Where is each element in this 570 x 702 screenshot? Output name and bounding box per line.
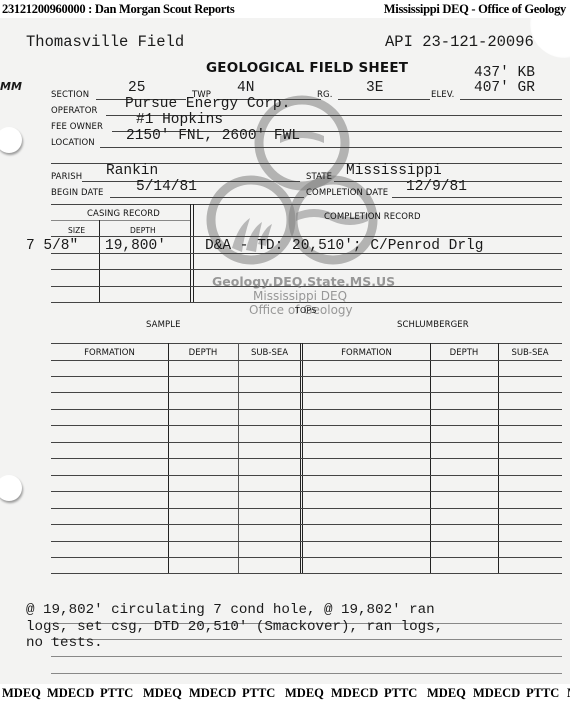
- sheet-title: GEOLOGICAL FIELD SHEET: [206, 60, 408, 76]
- remarks-line: [51, 656, 562, 657]
- tops-row-line: [51, 557, 562, 558]
- banner-item: PTTC: [100, 684, 133, 702]
- completion-date-underline: [392, 197, 562, 198]
- fee-owner-label: FEE OWNER: [51, 122, 103, 132]
- tops-title: TOPS: [295, 306, 317, 315]
- api-number: API 23-121-20096: [385, 33, 534, 51]
- banner-item: PTTC: [242, 684, 275, 702]
- banner-item: MDECD: [331, 684, 378, 702]
- state-label: STATE: [306, 172, 332, 182]
- banner-item: PTTC: [384, 684, 417, 702]
- completion-date-label: COMPLETION DATE: [306, 188, 388, 198]
- agency-title: Mississippi DEQ - Office of Geology: [384, 0, 566, 18]
- banner-item: MDEQ: [427, 684, 466, 702]
- banner-item: MDECD: [47, 684, 94, 702]
- section-value: 25: [128, 80, 145, 96]
- col-header-schlumberger-formation: FORMATION: [303, 348, 430, 358]
- tops-table-bottom: [51, 573, 562, 574]
- record-row-line: [51, 236, 562, 237]
- parish-value: Rankin: [106, 163, 158, 179]
- casing-depth-label: DEPTH: [130, 226, 156, 235]
- sample-label: SAMPLE: [146, 320, 181, 330]
- tops-header-top: [51, 343, 562, 344]
- watermark-agency: Mississippi DEQ: [253, 289, 347, 303]
- remarks-line-2: logs, set csg, DTD 20,510' (Smackover), …: [26, 619, 443, 636]
- banner-item: MDEQ: [2, 684, 41, 702]
- twp-value: 4N: [237, 80, 254, 96]
- col-header-schlumberger-depth: DEPTH: [430, 348, 498, 358]
- punch-hole-icon: [0, 475, 22, 501]
- parish-label: PARISH: [51, 172, 82, 182]
- top-banner: 23121200960000 : Dan Morgan Scout Report…: [0, 0, 570, 18]
- rg-value: 3E: [366, 80, 383, 96]
- remarks-line-1: @ 19,802' circulating 7 cond hole, @ 19,…: [26, 602, 443, 619]
- field-name: Thomasville Field: [26, 33, 184, 51]
- completion-record-title: COMPLETION RECORD: [324, 212, 421, 222]
- casing-depth-value: 19,800': [105, 238, 166, 254]
- tops-row-line: [51, 508, 562, 509]
- col-header-schlumberger-subsea: SUB-SEA: [498, 348, 562, 358]
- tops-row-line: [51, 475, 562, 476]
- report-id-title: 23121200960000 : Dan Morgan Scout Report…: [2, 0, 234, 18]
- elev-label: ELEV.: [431, 90, 454, 100]
- record-row-line: [51, 269, 562, 270]
- state-value: Mississippi: [346, 163, 442, 179]
- begin-date-label: BEGIN DATE: [51, 188, 103, 198]
- tops-row-line: [51, 524, 562, 525]
- completion-record-text: D&A - TD: 20,510'; C/Penrod Drlg: [205, 238, 483, 254]
- tops-row-line: [51, 409, 562, 410]
- section-label: SECTION: [51, 90, 89, 100]
- banner-item: MDECD: [189, 684, 236, 702]
- rg-label: RG.: [317, 90, 333, 100]
- banner-item: MDEQ: [143, 684, 182, 702]
- tops-row-line: [51, 425, 562, 426]
- banner-item: MDEQ: [285, 684, 324, 702]
- completion-date-value: 12/9/81: [406, 179, 467, 195]
- operator-value: Pursue Energy Corp.: [125, 96, 290, 112]
- field-sheet-scan: MM Thomasville Field API 23-121-20096 GE…: [0, 18, 570, 684]
- elev-kb-value: 437' KB: [474, 65, 535, 81]
- location-value: 2150' FNL, 2600' FWL: [126, 128, 300, 144]
- watermark-url: Geology.DEQ.State.MS.US: [212, 274, 395, 289]
- elev-underline: [460, 99, 562, 100]
- tops-row-line: [51, 392, 562, 393]
- banner-item: MDECD: [473, 684, 520, 702]
- casing-record-title: CASING RECORD: [87, 209, 160, 219]
- tops-row-line: [51, 491, 562, 492]
- rg-underline: [338, 99, 430, 100]
- begin-date-underline: [110, 197, 304, 198]
- col-header-sample-formation: FORMATION: [51, 348, 168, 358]
- record-box-top: [51, 204, 562, 205]
- margin-note: MM: [0, 80, 22, 93]
- punch-hole-icon: [0, 127, 22, 153]
- remarks-line: [51, 673, 562, 674]
- remarks-line-3: no tests.: [26, 635, 443, 652]
- location-underline: [100, 147, 562, 148]
- casing-size-value: 7 5/8": [26, 238, 78, 254]
- record-row-line: [51, 253, 562, 254]
- tops-row-line: [51, 541, 562, 542]
- bottom-banner: MDEQ MDECD PTTC MDEQ MDECD PTTC MDEQ MDE…: [0, 684, 570, 702]
- tops-row-line: [51, 458, 562, 459]
- tops-row-line: [51, 442, 562, 443]
- casing-subheader-line: [51, 220, 190, 221]
- begin-date-value: 5/14/81: [136, 179, 197, 195]
- fee-owner-value: #1 Hopkins: [136, 112, 223, 128]
- col-header-sample-depth: DEPTH: [168, 348, 238, 358]
- remarks-text: @ 19,802' circulating 7 cond hole, @ 19,…: [26, 602, 443, 652]
- elev-gr-value: 407' GR: [474, 80, 535, 96]
- col-header-sample-subsea: SUB-SEA: [238, 348, 301, 358]
- page-corner-curl: [530, 18, 570, 58]
- location-label: LOCATION: [51, 138, 95, 148]
- operator-label: OPERATOR: [51, 106, 98, 116]
- tops-row-line: [51, 360, 562, 361]
- tops-row-line: [51, 376, 562, 377]
- casing-size-label: SIZE: [68, 226, 85, 235]
- casing-col-divider: [99, 220, 100, 302]
- schlumberger-label: SCHLUMBERGER: [397, 320, 469, 330]
- banner-item: PTTC: [526, 684, 559, 702]
